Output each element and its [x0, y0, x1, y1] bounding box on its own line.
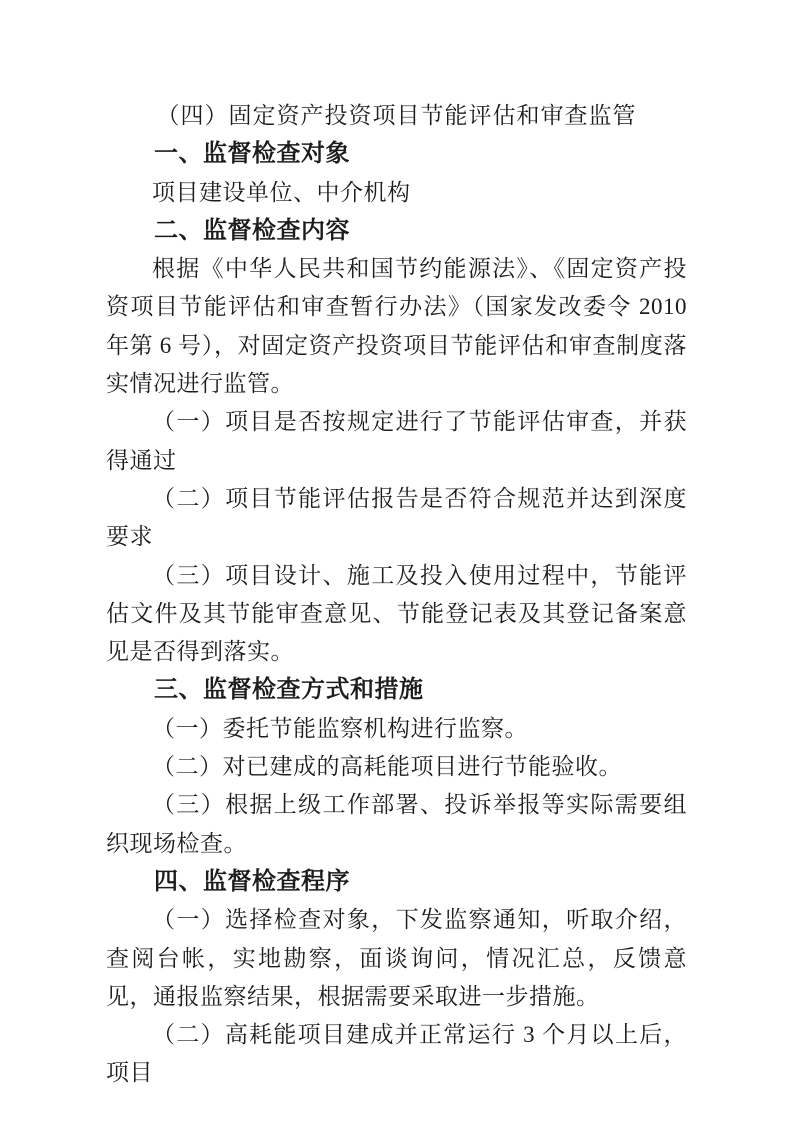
paragraph-procedure-item-1: （一）选择检查对象，下发监察通知，听取介绍，查阅台帐，实地勘察，面谈询问，情况汇… [106, 901, 687, 1016]
section-heading-3: 三、监督检查方式和措施 [106, 671, 687, 709]
paragraph-content-item-2: （二）项目节能评估报告是否符合规范并达到深度要求 [106, 480, 687, 557]
paragraph-method-item-1: （一）委托节能监察机构进行监察。 [106, 710, 687, 748]
section-heading-2: 二、监督检查内容 [106, 212, 687, 250]
paragraph-inspection-targets: 项目建设单位、中介机构 [106, 174, 687, 212]
paragraph-method-item-3: （三）根据上级工作部署、投诉举报等实际需要组织现场检查。 [106, 786, 687, 863]
paragraph-content-item-3: （三）项目设计、施工及投入使用过程中，节能评估文件及其节能审查意见、节能登记表及… [106, 557, 687, 672]
paragraph-procedure-item-2: （二）高耗能项目建成并正常运行 3 个月以上后，项目 [106, 1016, 687, 1093]
section-heading-4: 四、监督检查程序 [106, 863, 687, 901]
document-page: （四）固定资产投资项目节能评估和审查监管 一、监督检查对象 项目建设单位、中介机… [0, 0, 793, 1122]
paragraph-method-item-2: （二）对已建成的高耗能项目进行节能验收。 [106, 748, 687, 786]
section-heading-1: 一、监督检查对象 [106, 135, 687, 173]
document-title: （四）固定资产投资项目节能评估和审查监管 [106, 97, 687, 135]
paragraph-content-item-1: （一）项目是否按规定进行了节能评估审查，并获得通过 [106, 403, 687, 480]
paragraph-legal-basis: 根据《中华人民共和国节约能源法》、《固定资产投资项目节能评估和审查暂行办法》（国… [106, 250, 687, 403]
